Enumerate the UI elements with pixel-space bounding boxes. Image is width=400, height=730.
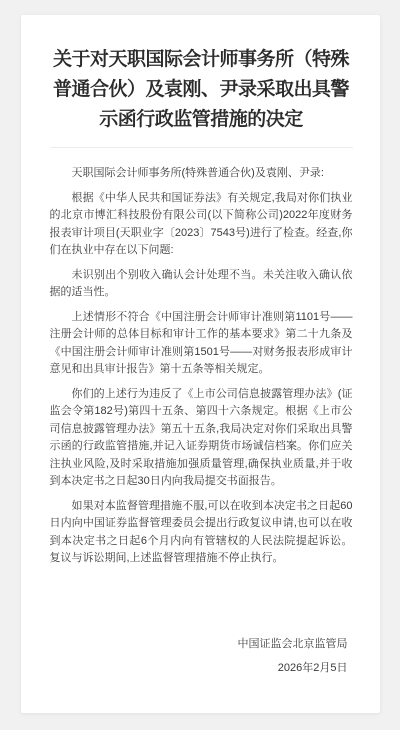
title-divider: [50, 147, 353, 148]
signature-block: 中国证监会北京监管局 2026年2月5日: [50, 636, 353, 678]
paragraph-violated-standards: 上述情形不符合《中国注册会计师审计准则第1101号——注册会计师的总体目标和审计…: [50, 309, 353, 379]
paragraph-findings: 未识别出个别收入确认会计处理不当。未关注收入确认依据的适当性。: [50, 267, 353, 302]
paragraph-regulatory-measures: 你们的上述行为违反了《上市公司信息披露管理办法》(证监会令第182号)第四十五条…: [50, 386, 353, 491]
issue-date: 2026年2月5日: [50, 660, 348, 678]
paragraph-appeal-rights: 如果对本监督管理措施不服,可以在收到本决定书之日起60日内向中国证券监督管理委员…: [50, 498, 353, 568]
document-body: 天职国际会计师事务所(特殊普通合伙)及袁刚、尹录: 根据《中华人民共和国证券法》…: [50, 165, 353, 568]
document-title: 关于对天职国际会计师事务所（特殊普通合伙）及袁刚、尹录采取出具警示函行政监管措施…: [50, 45, 353, 135]
issuing-authority: 中国证监会北京监管局: [50, 636, 348, 654]
paragraph-salutation: 天职国际会计师事务所(特殊普通合伙)及袁刚、尹录:: [50, 165, 353, 183]
paragraph-inspection-basis: 根据《中华人民共和国证券法》有关规定,我局对你们执业的北京市博汇科技股份有限公司…: [50, 190, 353, 260]
decision-document-card: 关于对天职国际会计师事务所（特殊普通合伙）及袁刚、尹录采取出具警示函行政监管措施…: [21, 15, 380, 713]
